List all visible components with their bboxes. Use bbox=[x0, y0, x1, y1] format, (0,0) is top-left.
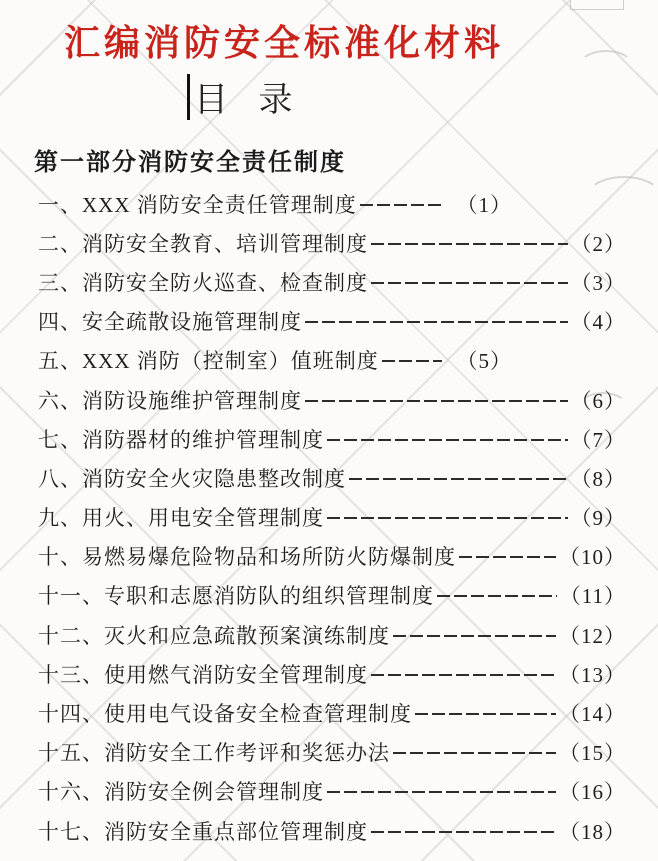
toc-item-label: 七、消防器材的维护管理制度 bbox=[38, 424, 324, 454]
toc-item-label: 九、用火、用电安全管理制度 bbox=[38, 502, 324, 532]
toc-item[interactable]: 四、安全疏散设施管理制度 （4） bbox=[38, 302, 626, 341]
toc-item[interactable]: 九、用火、用电安全管理制度 （9） bbox=[38, 498, 626, 537]
toc-item[interactable]: 十五、消防安全工作考评和奖惩办法 （15） bbox=[38, 733, 626, 772]
toc-leader-line bbox=[371, 243, 568, 245]
text-cursor bbox=[187, 74, 190, 120]
toc-item-label: 六、消防设施维护管理制度 bbox=[38, 385, 302, 415]
toc-item[interactable]: 十七、消防安全重点部位管理制度 （18） bbox=[38, 811, 626, 850]
toc-leader-line bbox=[415, 713, 556, 715]
toc-item[interactable]: 一、XXX 消防安全责任管理制度 （1） bbox=[38, 184, 512, 223]
toc-page-number: （16） bbox=[559, 776, 626, 806]
toc-leader-line bbox=[382, 360, 442, 362]
toc-item-label: 十一、专职和志愿消防队的组织管理制度 bbox=[38, 580, 434, 610]
toc-page-number: （3） bbox=[571, 267, 627, 297]
toc-item[interactable]: 十四、使用电气设备安全检查管理制度 （14） bbox=[38, 693, 626, 732]
toc-item-label: 十四、使用电气设备安全检查管理制度 bbox=[38, 698, 412, 728]
document-page[interactable]: 汇编消防安全标准化材料 目 录 第一部分消防安全责任制度 一、XXX 消防安全责… bbox=[0, 0, 658, 861]
corner-rectangle-artifact bbox=[570, 0, 624, 10]
toc-item-label: 十七、消防安全重点部位管理制度 bbox=[38, 816, 368, 846]
toc-item[interactable]: 三、消防安全防火巡查、检查制度 （3） bbox=[38, 262, 626, 301]
toc-item[interactable]: 十、易燃易爆危险物品和场所防火防爆制度 （10） bbox=[38, 537, 626, 576]
toc-item-label: 三、消防安全防火巡查、检查制度 bbox=[38, 267, 368, 297]
toc-leader-line bbox=[305, 321, 568, 323]
toc-page-number: （13） bbox=[559, 659, 626, 689]
toc-leader-line bbox=[371, 831, 556, 833]
toc-leader-line bbox=[371, 282, 568, 284]
toc-leader-line bbox=[327, 791, 556, 793]
toc-heading: 目 录 bbox=[194, 72, 304, 121]
toc-heading-block[interactable]: 目 录 bbox=[187, 72, 304, 121]
toc-page-number: （11） bbox=[560, 580, 626, 610]
toc-page-number: （12） bbox=[559, 620, 626, 650]
toc-list: 一、XXX 消防安全责任管理制度 （1） 二、消防安全教育、培训管理制度 （2）… bbox=[38, 184, 626, 850]
toc-leader-line bbox=[349, 478, 568, 480]
watermark-arc bbox=[578, 50, 634, 84]
toc-item-label: 五、XXX 消防（控制室）值班制度 bbox=[38, 345, 379, 375]
toc-leader-line bbox=[437, 595, 557, 597]
toc-leader-line bbox=[360, 204, 442, 206]
toc-page-number: （14） bbox=[559, 698, 626, 728]
toc-item-label: 十六、消防安全例会管理制度 bbox=[38, 776, 324, 806]
toc-item-label: 十五、消防安全工作考评和奖惩办法 bbox=[38, 737, 390, 767]
toc-page-number: （8） bbox=[571, 463, 627, 493]
toc-page-number: （4） bbox=[571, 306, 627, 336]
toc-item[interactable]: 十一、专职和志愿消防队的组织管理制度 （11） bbox=[38, 576, 626, 615]
toc-page-number: （1） bbox=[457, 189, 513, 219]
toc-page-number: （6） bbox=[571, 385, 627, 415]
toc-item[interactable]: 十六、消防安全例会管理制度 （16） bbox=[38, 772, 626, 811]
toc-leader-line bbox=[393, 752, 556, 754]
toc-page-number: （18） bbox=[559, 816, 626, 846]
document-title[interactable]: 汇编消防安全标准化材料 bbox=[64, 15, 504, 66]
toc-page-number: （7） bbox=[571, 424, 627, 454]
toc-item[interactable]: 五、XXX 消防（控制室）值班制度 （5） bbox=[38, 341, 512, 380]
toc-item[interactable]: 十三、使用燃气消防安全管理制度 （13） bbox=[38, 654, 626, 693]
toc-leader-line bbox=[327, 517, 568, 519]
toc-page-number: （10） bbox=[559, 541, 626, 571]
toc-page-number: （5） bbox=[457, 345, 513, 375]
toc-page-number: （2） bbox=[571, 228, 627, 258]
toc-item-label: 十三、使用燃气消防安全管理制度 bbox=[38, 659, 368, 689]
toc-item-label: 八、消防安全火灾隐患整改制度 bbox=[38, 463, 346, 493]
toc-item-label: 一、XXX 消防安全责任管理制度 bbox=[38, 189, 357, 219]
toc-item[interactable]: 八、消防安全火灾隐患整改制度 （8） bbox=[38, 458, 626, 497]
toc-leader-line bbox=[459, 556, 556, 558]
toc-leader-line bbox=[371, 674, 556, 676]
toc-item-label: 四、安全疏散设施管理制度 bbox=[38, 306, 302, 336]
toc-page-number: （9） bbox=[571, 502, 627, 532]
toc-item-label: 二、消防安全教育、培训管理制度 bbox=[38, 228, 368, 258]
toc-item-label: 十、易燃易爆危险物品和场所防火防爆制度 bbox=[38, 541, 456, 571]
toc-item[interactable]: 十二、灭火和应急疏散预案演练制度 （12） bbox=[38, 615, 626, 654]
section-heading[interactable]: 第一部分消防安全责任制度 bbox=[34, 142, 346, 177]
toc-item-label: 十二、灭火和应急疏散预案演练制度 bbox=[38, 620, 390, 650]
toc-leader-line bbox=[393, 635, 556, 637]
toc-item[interactable]: 七、消防器材的维护管理制度 （7） bbox=[38, 419, 626, 458]
toc-leader-line bbox=[327, 439, 568, 441]
toc-page-number: （15） bbox=[559, 737, 626, 767]
toc-item[interactable]: 二、消防安全教育、培训管理制度 （2） bbox=[38, 223, 626, 262]
toc-item[interactable]: 六、消防设施维护管理制度 （6） bbox=[38, 380, 626, 419]
toc-leader-line bbox=[305, 400, 568, 402]
